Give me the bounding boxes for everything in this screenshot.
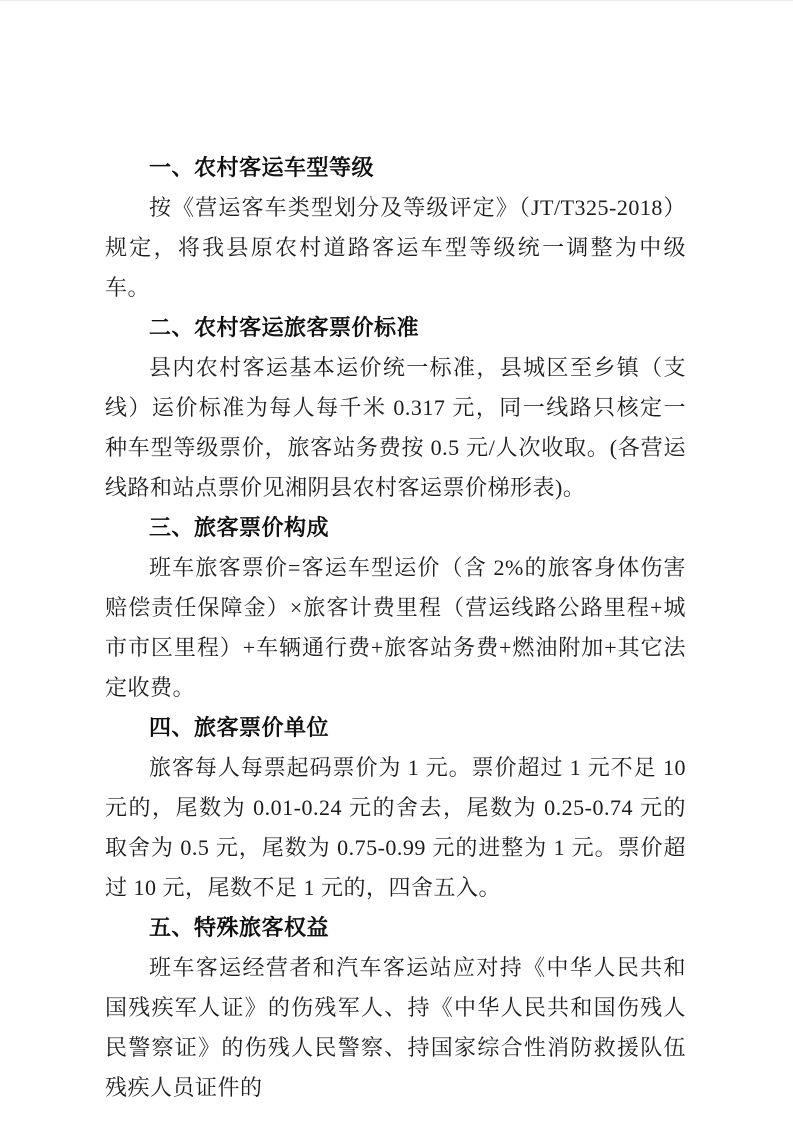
section-special-passenger-rights: 五、特殊旅客权益 班车客运经营者和汽车客运站应对持《中华人民共和国残疾军人证》的… bbox=[105, 908, 686, 1108]
section-paragraph: 班车旅客票价=客运车型运价（含 2%的旅客身体伤害赔偿责任保障金）×旅客计费里程… bbox=[105, 548, 686, 708]
document-body: 一、农村客运车型等级 按《营运客车类型划分及等级评定》（JT/T325-2018… bbox=[105, 148, 686, 1108]
section-heading: 五、特殊旅客权益 bbox=[105, 908, 686, 948]
section-fare-composition: 三、旅客票价构成 班车旅客票价=客运车型运价（含 2%的旅客身体伤害赔偿责任保障… bbox=[105, 508, 686, 708]
section-paragraph: 按《营运客车类型划分及等级评定》（JT/T325-2018）规定，将我县原农村道… bbox=[105, 188, 686, 308]
document-page: 一、农村客运车型等级 按《营运客车类型划分及等级评定》（JT/T325-2018… bbox=[0, 0, 793, 1122]
section-vehicle-class: 一、农村客运车型等级 按《营运客车类型划分及等级评定》（JT/T325-2018… bbox=[105, 148, 686, 308]
section-heading: 二、农村客运旅客票价标准 bbox=[105, 308, 686, 348]
section-paragraph: 班车客运经营者和汽车客运站应对持《中华人民共和国残疾军人证》的伤残军人、持《中华… bbox=[105, 948, 686, 1108]
section-paragraph: 旅客每人每票起码票价为 1 元。票价超过 1 元不足 10 元的，尾数为 0.0… bbox=[105, 748, 686, 908]
section-heading: 四、旅客票价单位 bbox=[105, 708, 686, 748]
section-heading: 一、农村客运车型等级 bbox=[105, 148, 686, 188]
section-heading: 三、旅客票价构成 bbox=[105, 508, 686, 548]
section-fare-unit: 四、旅客票价单位 旅客每人每票起码票价为 1 元。票价超过 1 元不足 10 元… bbox=[105, 708, 686, 908]
section-fare-standard: 二、农村客运旅客票价标准 县内农村客运基本运价统一标准，县城区至乡镇（支线）运价… bbox=[105, 308, 686, 508]
section-paragraph: 县内农村客运基本运价统一标准，县城区至乡镇（支线）运价标准为每人每千米 0.31… bbox=[105, 348, 686, 508]
